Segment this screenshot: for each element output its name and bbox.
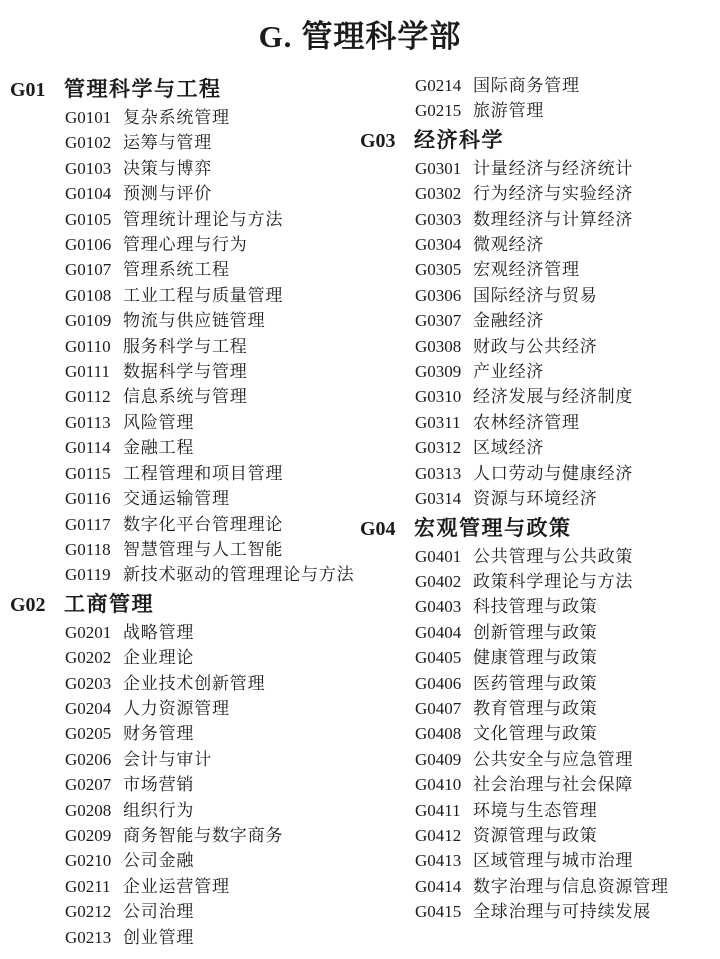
discipline-item-row: G0116交通运输管理 [10, 486, 355, 511]
item-name: 公共安全与应急管理 [473, 747, 633, 772]
item-name: 医药管理与政策 [473, 671, 598, 696]
item-code: G0107 [65, 257, 123, 282]
item-code: G0412 [415, 823, 473, 848]
item-name: 微观经济 [473, 232, 544, 257]
discipline-item-row: G0207市场营销 [10, 772, 355, 797]
discipline-item-row: G0105管理统计理论与方法 [10, 207, 355, 232]
item-name: 宏观经济管理 [473, 257, 580, 282]
discipline-item-row: G0213创业管理 [10, 925, 355, 950]
discipline-item-row: G0312区域经济 [360, 435, 720, 460]
discipline-item-row: G0301计量经济与经济统计 [360, 156, 720, 181]
discipline-item-row: G0401公共管理与公共政策 [360, 544, 720, 569]
item-code: G0117 [65, 512, 123, 537]
item-code: G0208 [65, 798, 123, 823]
discipline-item-row: G0202企业理论 [10, 645, 355, 670]
item-name: 数理经济与计算经济 [473, 207, 633, 232]
discipline-item-row: G0415全球治理与可持续发展 [360, 899, 720, 924]
section-code: G04 [360, 516, 414, 542]
item-name: 管理心理与行为 [123, 232, 248, 257]
item-name: 政策科学理论与方法 [473, 569, 633, 594]
item-name: 战略管理 [123, 620, 194, 645]
item-code: G0308 [415, 334, 473, 359]
section-title: 经济科学 [414, 128, 504, 154]
item-name: 预测与评价 [123, 181, 212, 206]
item-code: G0305 [415, 257, 473, 282]
page-title-prefix: G. [259, 19, 293, 54]
item-code: G0213 [65, 925, 123, 950]
item-code: G0405 [415, 645, 473, 670]
discipline-item-row: G0308财政与公共经济 [360, 334, 720, 359]
discipline-item-row: G0203企业技术创新管理 [10, 671, 355, 696]
section-header-row: G03经济科学 [360, 128, 720, 154]
discipline-item-row: G0103决策与博弈 [10, 156, 355, 181]
item-code: G0409 [415, 747, 473, 772]
item-code: G0119 [65, 562, 123, 587]
item-name: 物流与供应链管理 [123, 308, 265, 333]
item-name: 科技管理与政策 [473, 594, 598, 619]
section-header-row: G02工商管理 [10, 592, 355, 618]
item-name: 区域管理与城市治理 [473, 848, 633, 873]
discipline-item-row: G0102运筹与管理 [10, 130, 355, 155]
discipline-item-row: G0314资源与环境经济 [360, 486, 720, 511]
page-title: G.管理科学部 [0, 16, 720, 58]
item-name: 行为经济与实验经济 [473, 181, 633, 206]
section-title: 管理科学与工程 [64, 77, 222, 103]
discipline-item-row: G0406医药管理与政策 [360, 671, 720, 696]
item-name: 公司治理 [123, 899, 194, 924]
item-code: G0101 [65, 105, 123, 130]
item-name: 产业经济 [473, 359, 544, 384]
item-code: G0206 [65, 747, 123, 772]
item-code: G0408 [415, 721, 473, 746]
item-name: 全球治理与可持续发展 [473, 899, 651, 924]
discipline-item-row: G0414数字治理与信息资源管理 [360, 874, 720, 899]
item-name: 健康管理与政策 [473, 645, 598, 670]
discipline-item-row: G0110服务科学与工程 [10, 334, 355, 359]
item-code: G0402 [415, 569, 473, 594]
item-code: G0410 [415, 772, 473, 797]
item-name: 国际经济与贸易 [473, 283, 598, 308]
discipline-item-row: G0309产业经济 [360, 359, 720, 384]
section-code: G03 [360, 128, 414, 154]
item-name: 管理统计理论与方法 [123, 207, 283, 232]
discipline-item-row: G0305宏观经济管理 [360, 257, 720, 282]
item-name: 农林经济管理 [473, 410, 580, 435]
discipline-item-row: G0206会计与审计 [10, 747, 355, 772]
item-code: G0406 [415, 671, 473, 696]
item-name: 公司金融 [123, 848, 194, 873]
item-name: 资源与环境经济 [473, 486, 598, 511]
item-code: G0414 [415, 874, 473, 899]
discipline-item-row: G0210公司金融 [10, 848, 355, 873]
item-name: 商务智能与数字商务 [123, 823, 283, 848]
item-name: 环境与生态管理 [473, 798, 598, 823]
discipline-item-row: G0112信息系统与管理 [10, 384, 355, 409]
section-header-row: G01管理科学与工程 [10, 77, 355, 103]
item-name: 信息系统与管理 [123, 384, 248, 409]
item-code: G0110 [65, 334, 123, 359]
item-name: 服务科学与工程 [123, 334, 248, 359]
item-code: G0105 [65, 207, 123, 232]
item-name: 创新管理与政策 [473, 620, 598, 645]
discipline-item-row: G0402政策科学理论与方法 [360, 569, 720, 594]
discipline-item-row: G0215旅游管理 [360, 98, 720, 123]
item-code: G0314 [415, 486, 473, 511]
item-code: G0112 [65, 384, 123, 409]
item-code: G0108 [65, 283, 123, 308]
discipline-item-row: G0310经济发展与经济制度 [360, 384, 720, 409]
item-name: 交通运输管理 [123, 486, 230, 511]
item-name: 数据科学与管理 [123, 359, 248, 384]
discipline-item-row: G0201战略管理 [10, 620, 355, 645]
item-code: G0301 [415, 156, 473, 181]
discipline-item-row: G0113风险管理 [10, 410, 355, 435]
item-name: 文化管理与政策 [473, 721, 598, 746]
item-name: 企业理论 [123, 645, 194, 670]
item-code: G0401 [415, 544, 473, 569]
item-code: G0309 [415, 359, 473, 384]
item-code: G0113 [65, 410, 123, 435]
item-code: G0404 [415, 620, 473, 645]
item-name: 金融经济 [473, 308, 544, 333]
discipline-item-row: G0214国际商务管理 [360, 73, 720, 98]
item-code: G0210 [65, 848, 123, 873]
item-name: 新技术驱动的管理理论与方法 [123, 562, 354, 587]
discipline-item-row: G0108工业工程与质量管理 [10, 283, 355, 308]
item-code: G0306 [415, 283, 473, 308]
discipline-item-row: G0408文化管理与政策 [360, 721, 720, 746]
item-name: 创业管理 [123, 925, 194, 950]
discipline-item-row: G0114金融工程 [10, 435, 355, 460]
item-name: 财务管理 [123, 721, 194, 746]
item-code: G0311 [415, 410, 473, 435]
item-name: 金融工程 [123, 435, 194, 460]
item-code: G0209 [65, 823, 123, 848]
item-code: G0114 [65, 435, 123, 460]
discipline-item-row: G0204人力资源管理 [10, 696, 355, 721]
discipline-item-row: G0212公司治理 [10, 899, 355, 924]
discipline-item-row: G0405健康管理与政策 [360, 645, 720, 670]
item-name: 财政与公共经济 [473, 334, 598, 359]
item-name: 资源管理与政策 [473, 823, 598, 848]
item-code: G0111 [65, 359, 123, 384]
discipline-item-row: G0211企业运营管理 [10, 874, 355, 899]
discipline-item-row: G0302行为经济与实验经济 [360, 181, 720, 206]
discipline-item-row: G0107管理系统工程 [10, 257, 355, 282]
item-code: G0411 [415, 798, 473, 823]
discipline-item-row: G0208组织行为 [10, 798, 355, 823]
item-code: G0303 [415, 207, 473, 232]
item-code: G0211 [65, 874, 123, 899]
item-name: 区域经济 [473, 435, 544, 460]
item-name: 人口劳动与健康经济 [473, 461, 633, 486]
discipline-item-row: G0117数字化平台管理理论 [10, 512, 355, 537]
item-code: G0413 [415, 848, 473, 873]
section-code: G01 [10, 77, 64, 103]
discipline-item-row: G0104预测与评价 [10, 181, 355, 206]
item-name: 公共管理与公共政策 [473, 544, 633, 569]
item-name: 运筹与管理 [123, 130, 212, 155]
item-code: G0407 [415, 696, 473, 721]
section-header-row: G04宏观管理与政策 [360, 516, 720, 542]
discipline-item-row: G0409公共安全与应急管理 [360, 747, 720, 772]
discipline-item-row: G0109物流与供应链管理 [10, 308, 355, 333]
item-code: G0310 [415, 384, 473, 409]
discipline-item-row: G0101复杂系统管理 [10, 105, 355, 130]
discipline-item-row: G0303数理经济与计算经济 [360, 207, 720, 232]
discipline-item-row: G0205财务管理 [10, 721, 355, 746]
item-name: 社会治理与社会保障 [473, 772, 633, 797]
section-code: G02 [10, 592, 64, 618]
column-right: G0214国际商务管理G0215旅游管理G03经济科学G0301计量经济与经济统… [355, 73, 720, 950]
item-code: G0204 [65, 696, 123, 721]
item-code: G0307 [415, 308, 473, 333]
discipline-item-row: G0111数据科学与管理 [10, 359, 355, 384]
item-code: G0207 [65, 772, 123, 797]
discipline-item-row: G0119新技术驱动的管理理论与方法 [10, 562, 355, 587]
item-code: G0104 [65, 181, 123, 206]
discipline-item-row: G0311农林经济管理 [360, 410, 720, 435]
item-code: G0214 [415, 73, 473, 98]
discipline-item-row: G0306国际经济与贸易 [360, 283, 720, 308]
item-code: G0203 [65, 671, 123, 696]
item-code: G0215 [415, 98, 473, 123]
item-name: 人力资源管理 [123, 696, 230, 721]
discipline-item-row: G0118智慧管理与人工智能 [10, 537, 355, 562]
discipline-item-row: G0413区域管理与城市治理 [360, 848, 720, 873]
item-code: G0302 [415, 181, 473, 206]
section-title: 工商管理 [64, 592, 154, 618]
item-name: 智慧管理与人工智能 [123, 537, 283, 562]
discipline-item-row: G0412资源管理与政策 [360, 823, 720, 848]
item-code: G0109 [65, 308, 123, 333]
catalog-columns: G01管理科学与工程G0101复杂系统管理G0102运筹与管理G0103决策与博… [0, 73, 720, 950]
item-name: 旅游管理 [473, 98, 544, 123]
item-name: 复杂系统管理 [123, 105, 230, 130]
discipline-item-row: G0411环境与生态管理 [360, 798, 720, 823]
item-code: G0205 [65, 721, 123, 746]
item-name: 组织行为 [123, 798, 194, 823]
item-name: 会计与审计 [123, 747, 212, 772]
item-code: G0118 [65, 537, 123, 562]
item-name: 计量经济与经济统计 [473, 156, 633, 181]
discipline-item-row: G0404创新管理与政策 [360, 620, 720, 645]
item-code: G0304 [415, 232, 473, 257]
discipline-item-row: G0313人口劳动与健康经济 [360, 461, 720, 486]
item-name: 企业技术创新管理 [123, 671, 265, 696]
discipline-item-row: G0407教育管理与政策 [360, 696, 720, 721]
item-code: G0201 [65, 620, 123, 645]
item-name: 国际商务管理 [473, 73, 580, 98]
page-title-name: 管理科学部 [301, 19, 461, 54]
discipline-item-row: G0304微观经济 [360, 232, 720, 257]
discipline-item-row: G0115工程管理和项目管理 [10, 461, 355, 486]
item-code: G0116 [65, 486, 123, 511]
item-code: G0312 [415, 435, 473, 460]
item-name: 数字治理与信息资源管理 [473, 874, 669, 899]
item-name: 经济发展与经济制度 [473, 384, 633, 409]
item-name: 市场营销 [123, 772, 194, 797]
item-code: G0103 [65, 156, 123, 181]
item-code: G0102 [65, 130, 123, 155]
item-name: 数字化平台管理理论 [123, 512, 283, 537]
item-code: G0415 [415, 899, 473, 924]
item-code: G0115 [65, 461, 123, 486]
item-name: 风险管理 [123, 410, 194, 435]
discipline-item-row: G0307金融经济 [360, 308, 720, 333]
document-page: G.管理科学部 G01管理科学与工程G0101复杂系统管理G0102运筹与管理G… [0, 0, 720, 959]
item-code: G0202 [65, 645, 123, 670]
item-code: G0212 [65, 899, 123, 924]
item-name: 教育管理与政策 [473, 696, 598, 721]
item-code: G0403 [415, 594, 473, 619]
item-name: 决策与博弈 [123, 156, 212, 181]
discipline-item-row: G0106管理心理与行为 [10, 232, 355, 257]
discipline-item-row: G0209商务智能与数字商务 [10, 823, 355, 848]
column-left: G01管理科学与工程G0101复杂系统管理G0102运筹与管理G0103决策与博… [0, 73, 355, 950]
discipline-item-row: G0403科技管理与政策 [360, 594, 720, 619]
item-code: G0313 [415, 461, 473, 486]
item-name: 管理系统工程 [123, 257, 230, 282]
item-name: 工程管理和项目管理 [123, 461, 283, 486]
section-title: 宏观管理与政策 [414, 516, 572, 542]
item-name: 企业运营管理 [123, 874, 230, 899]
discipline-item-row: G0410社会治理与社会保障 [360, 772, 720, 797]
item-name: 工业工程与质量管理 [123, 283, 283, 308]
item-code: G0106 [65, 232, 123, 257]
